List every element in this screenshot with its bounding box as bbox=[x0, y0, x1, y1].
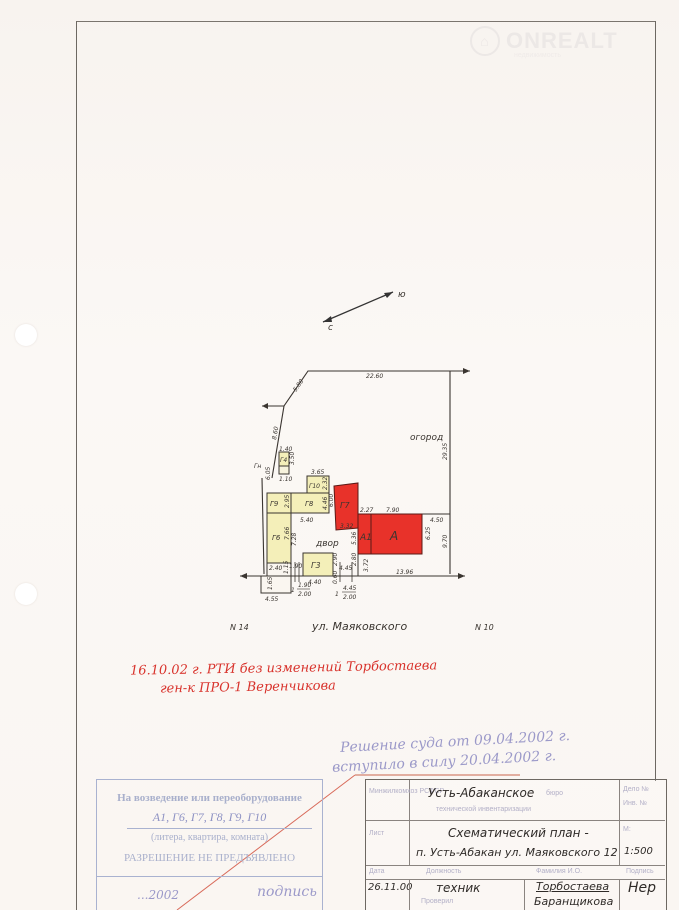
label-g7: Г7 bbox=[340, 501, 350, 510]
stamp-date: ...2002 bbox=[137, 888, 179, 902]
label-g8: Г8 bbox=[305, 500, 314, 508]
residential-buildings bbox=[334, 483, 422, 554]
stamp-line4: РАЗРЕШЕНИЕ НЕ ПРЕДЪЯВЛЕНО bbox=[97, 852, 322, 864]
svg-text:5.40: 5.40 bbox=[300, 517, 314, 524]
svg-text:2.40: 2.40 bbox=[269, 565, 283, 572]
svg-text:9.70: 9.70 bbox=[442, 534, 449, 548]
tb-org-sub: технической инвентаризации bbox=[436, 806, 531, 813]
stamp-line2: А1, Г6, Г7, Г8, Г9, Г10 bbox=[97, 810, 322, 825]
label-g4: Г4 bbox=[280, 457, 287, 464]
tb-org: Усть-Абаканское bbox=[428, 786, 534, 800]
svg-text:1.65: 1.65 bbox=[267, 576, 274, 590]
label-house-a: А bbox=[389, 529, 398, 543]
svg-text:1: 1 bbox=[335, 591, 339, 598]
tb-scale: 1:500 bbox=[624, 846, 653, 857]
svg-text:2.00: 2.00 bbox=[343, 594, 357, 601]
compass-north-label: с bbox=[328, 323, 333, 333]
svg-text:13.96: 13.96 bbox=[396, 569, 413, 576]
svg-text:4.55: 4.55 bbox=[265, 596, 279, 603]
svg-text:22.60: 22.60 bbox=[366, 373, 383, 380]
tb-checked-faint: Проверил bbox=[421, 898, 453, 905]
svg-text:5.36: 5.36 bbox=[351, 531, 358, 545]
tb-address: п. Усть-Абакан ул. Маяковского 12 bbox=[416, 846, 618, 859]
tb-name-label: Фамилия И.О. bbox=[536, 868, 582, 875]
label-g9: Г9 bbox=[270, 500, 279, 508]
tb-scale-label: М: bbox=[623, 826, 631, 833]
tb-doc-title: Схематический план - bbox=[448, 826, 589, 840]
svg-text:7.90: 7.90 bbox=[386, 507, 400, 514]
stamp-signature: подпись bbox=[257, 884, 317, 900]
svg-text:2.80: 2.80 bbox=[351, 552, 358, 566]
street-name: ул. Маяковского bbox=[311, 620, 407, 633]
title-block: Минжилкомхоз РСФСР Усть-Абаканское бюро … bbox=[365, 779, 667, 910]
svg-text:2.90: 2.90 bbox=[332, 552, 339, 566]
tb-name2: Баранщикова bbox=[534, 895, 613, 908]
svg-text:6.05: 6.05 bbox=[265, 466, 272, 480]
svg-text:1.90: 1.90 bbox=[298, 582, 312, 589]
label-g10: Г10 bbox=[309, 483, 320, 490]
red-note-line2: ген-к ПРО-1 Веренчикова bbox=[160, 678, 336, 696]
svg-text:6.25: 6.25 bbox=[425, 526, 432, 540]
label-toilet: Гн bbox=[254, 463, 261, 470]
scanned-document: ⌂ ONREALT недвижимость ю с bbox=[0, 0, 679, 910]
tb-right-faint2: Инв. № bbox=[623, 800, 647, 807]
svg-text:3.32: 3.32 bbox=[340, 523, 354, 530]
tb-position-label: Должность bbox=[426, 868, 461, 875]
svg-text:29.35: 29.35 bbox=[442, 443, 449, 460]
tb-name1: Торбостаева bbox=[536, 880, 609, 893]
compass-south-label: ю bbox=[398, 290, 406, 300]
neighbor-left: N 14 bbox=[230, 623, 249, 632]
tb-sign-label: Подпись bbox=[626, 868, 654, 875]
svg-text:5.80: 5.80 bbox=[292, 378, 306, 393]
svg-text:7.66: 7.66 bbox=[284, 526, 291, 540]
svg-text:3.50: 3.50 bbox=[289, 451, 296, 465]
label-yard: двор bbox=[315, 539, 339, 549]
svg-text:7.28: 7.28 bbox=[291, 532, 298, 546]
svg-text:3.72: 3.72 bbox=[363, 558, 370, 572]
label-g3: Г3 bbox=[311, 561, 321, 570]
svg-text:6.00: 6.00 bbox=[328, 493, 335, 507]
svg-text:0.60: 0.60 bbox=[332, 570, 339, 584]
svg-text:4.45: 4.45 bbox=[343, 585, 357, 592]
tb-sheet-faint: Лист bbox=[369, 830, 384, 837]
stamp-line1: На возведение или переоборудование bbox=[97, 792, 322, 804]
svg-text:2.00: 2.00 bbox=[298, 591, 312, 598]
permit-stamp: На возведение или переоборудование А1, Г… bbox=[96, 779, 323, 910]
tb-right-faint1: Дело № bbox=[623, 786, 649, 793]
svg-text:2.32: 2.32 bbox=[322, 476, 329, 490]
tb-date: 26.11.00 bbox=[368, 882, 413, 893]
svg-text:2.27: 2.27 bbox=[360, 507, 374, 514]
tb-date-label: Дата bbox=[369, 868, 385, 875]
svg-text:3.65: 3.65 bbox=[311, 469, 325, 476]
label-g6: Г6 bbox=[272, 534, 281, 542]
neighbor-right: N 10 bbox=[475, 623, 494, 632]
tb-org-suffix: бюро bbox=[546, 790, 563, 797]
svg-text:4.50: 4.50 bbox=[430, 517, 444, 524]
tb-signature: Нер bbox=[628, 880, 656, 896]
svg-text:1: 1 bbox=[291, 587, 295, 594]
svg-text:2.95: 2.95 bbox=[284, 494, 291, 508]
compass-arrow-icon: ю с bbox=[323, 290, 406, 333]
label-garden: огород bbox=[410, 433, 443, 443]
svg-text:1.90: 1.90 bbox=[289, 563, 303, 570]
label-house-a1: А1 bbox=[359, 533, 372, 543]
svg-text:4.46: 4.46 bbox=[322, 496, 329, 510]
stamp-line3: (литера, квартира, комната) bbox=[97, 832, 322, 843]
tb-position: техник bbox=[436, 881, 480, 895]
svg-text:1.10: 1.10 bbox=[279, 476, 293, 483]
